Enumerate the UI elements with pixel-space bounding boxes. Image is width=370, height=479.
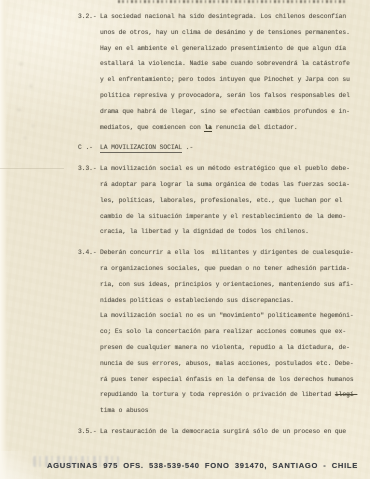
text-line: mediatos, que comiencen con la renuncia … [100, 120, 364, 136]
text-line: Deberán concurrir a ella los militantes … [100, 245, 364, 261]
text-line: estallará la violencia. Nadie sabe cuand… [100, 56, 364, 72]
text-line: rá pues tener especial énfasis en la def… [100, 372, 364, 388]
text-line: ra organizaciones sociales, que puedan o… [100, 261, 364, 277]
section-title-line: LA MOVILIZACION SOCIAL .- [100, 140, 364, 156]
text-line: rá adoptar para lograr la suma orgánica … [100, 177, 364, 193]
text-line: y el enfrentamiento; pero todos intuyen … [100, 72, 364, 88]
text-line: nidades políticas o estableciendo sus di… [100, 293, 364, 309]
overstruck-word: ilegí- [335, 391, 357, 398]
section-title: LA MOVILIZACION SOCIAL [100, 144, 182, 153]
paragraph-3-3: 3.3.- La movilización social es un métod… [100, 161, 364, 240]
emphasized-word: la [204, 124, 211, 132]
paper-crease [0, 168, 64, 169]
section-letter: C .- [78, 140, 93, 156]
paragraph-number: 3.5.- [78, 424, 97, 440]
paragraph-3-4: 3.4.- Deberán concurrir a ella los milit… [100, 245, 364, 419]
text-line: unos de otros, hay un clima de desánimo … [100, 25, 364, 41]
margin-smudge [13, 52, 43, 144]
text-line: La restauración de la democracia surgirá… [100, 424, 364, 440]
document-body: 3.2.- La sociedad nacional ha sido desin… [100, 9, 364, 440]
text-line: nuncia de sus errores, abusos, malas acc… [100, 356, 364, 372]
text-line: repudiando la tortura y toda represión o… [100, 387, 364, 403]
text-line: ria, con sus ideas, principios y orienta… [100, 277, 364, 293]
paragraph-3-5: 3.5.- La restauración de la democracia s… [100, 424, 364, 440]
text-line: presen de cualquier manera no violenta, … [100, 340, 364, 356]
text-line: La movilización social no es un "movimie… [100, 308, 364, 324]
text-line: La movilización social es un método estr… [100, 161, 364, 177]
text-line: drama que habrá de llegar, sino se efect… [100, 104, 364, 120]
text-segment: mediatos, que comiencen con [100, 124, 204, 131]
text-line: cracia, la libertad y la dignidad de tod… [100, 224, 364, 240]
scanned-typewritten-page: 3.2.- La sociedad nacional ha sido desin… [0, 0, 370, 479]
text-line: tima o abusos [100, 403, 364, 419]
paragraph-number: 3.4.- [78, 245, 97, 261]
section-title-suffix: .- [182, 144, 193, 151]
text-line: política represiva y provocadora, serán … [100, 88, 364, 104]
section-heading: C .- LA MOVILIZACION SOCIAL .- [100, 140, 364, 156]
text-line: co; Es solo la concertación para realiza… [100, 324, 364, 340]
text-line: cambio de la situación imperante y el re… [100, 209, 364, 225]
scan-left-edge [0, 0, 7, 479]
paragraph-number: 3.2.- [78, 9, 97, 25]
clipped-top-text-line [118, 0, 346, 3]
text-line: Hay en el ambiente el generalizado prese… [100, 41, 364, 57]
letterhead-address: AGUSTINAS 975 OFS. 538-539-540 FONO 3914… [47, 461, 358, 470]
text-line: les, políticas, laborales, profesionales… [100, 193, 364, 209]
text-segment: repudiando la tortura y toda represión o… [100, 391, 335, 398]
text-line: La sociedad nacional ha sido desintegrad… [100, 9, 364, 25]
text-segment: renuncia del dictador. [212, 124, 298, 131]
paragraph-3-2: 3.2.- La sociedad nacional ha sido desin… [100, 9, 364, 135]
paragraph-number: 3.3.- [78, 161, 97, 177]
